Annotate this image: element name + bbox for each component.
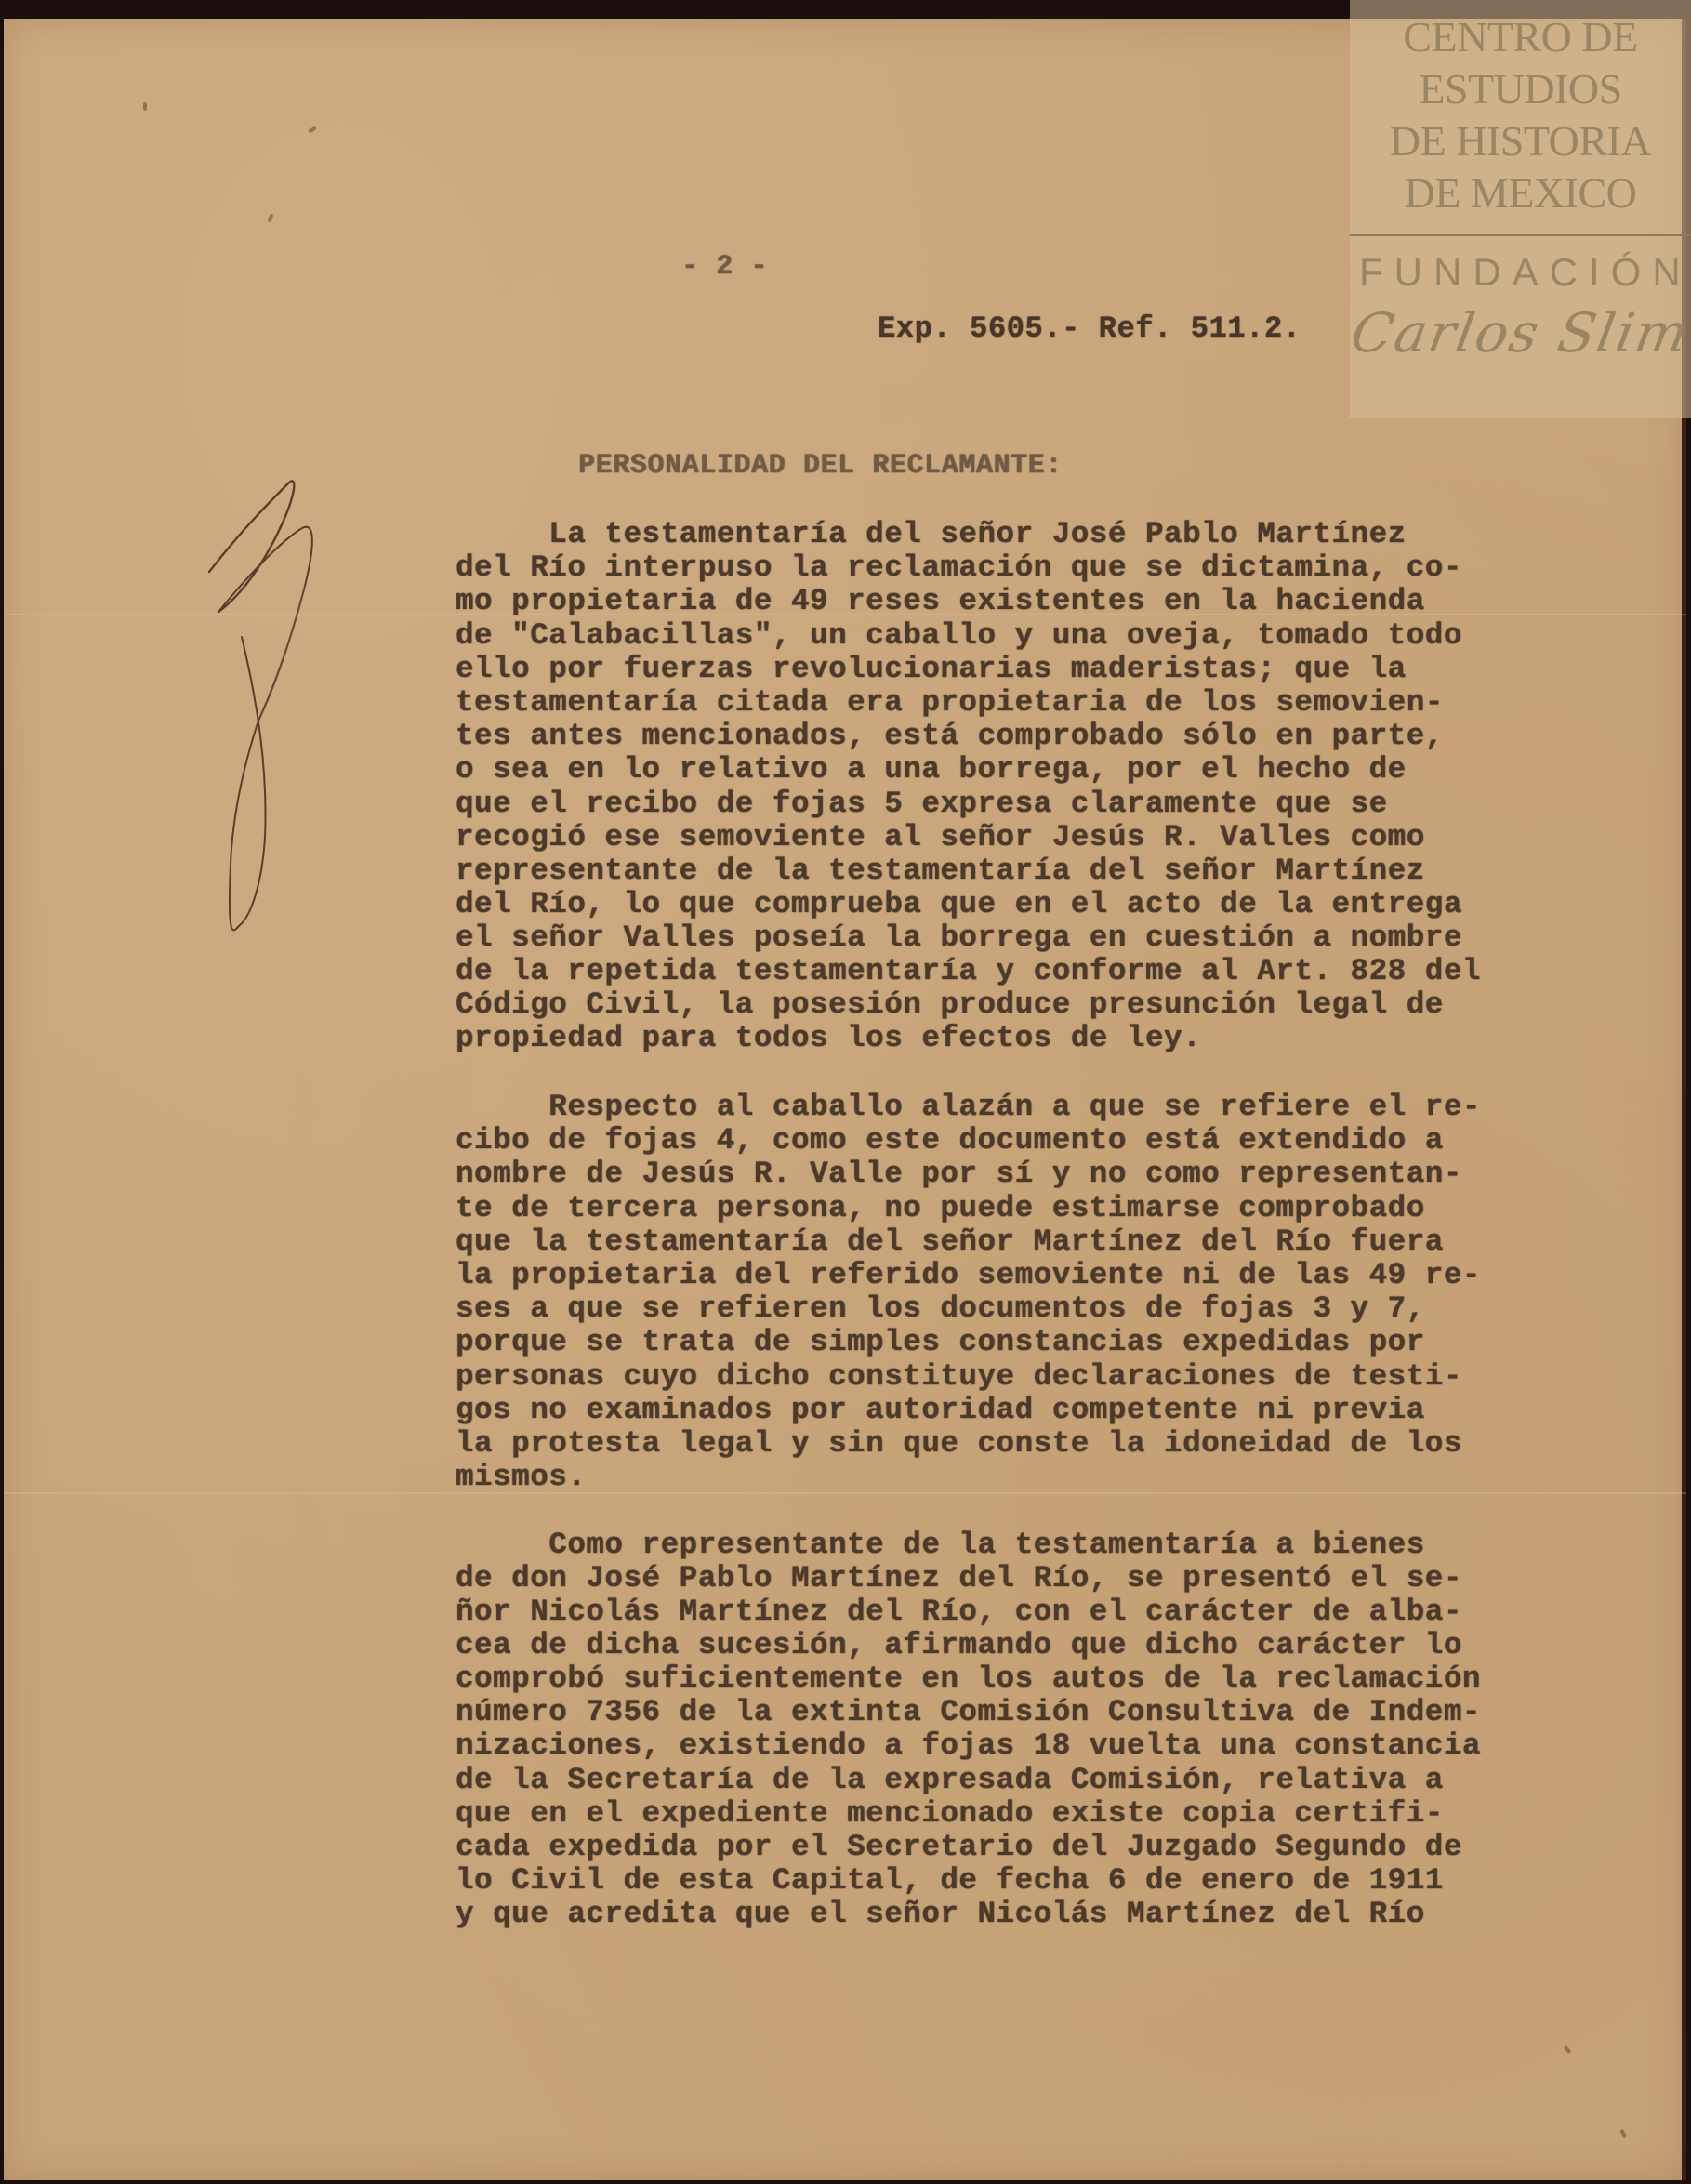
text-line: del Río interpuso la reclamación que se … xyxy=(456,550,1462,585)
paper-speck xyxy=(268,214,274,223)
paper-speck xyxy=(1619,2129,1627,2138)
text-line: comprobó suficientemente en los autos de… xyxy=(456,1661,1481,1696)
text-line: nombre de Jesús R. Valle por sí y no com… xyxy=(456,1157,1462,1191)
text-line: el señor Valles poseía la borrega en cue… xyxy=(456,920,1462,955)
paper-speck xyxy=(143,102,147,111)
text-line: representante de la testamentaría del se… xyxy=(456,854,1425,888)
handwritten-signature-icon xyxy=(186,465,353,1302)
text-line: tes antes mencionados, está comprobado s… xyxy=(456,719,1444,753)
text-line: de la repetida testamentaría y conforme … xyxy=(456,954,1481,988)
text-line: cibo de fojas 4, como este documento est… xyxy=(456,1123,1444,1158)
watermark-divider xyxy=(1350,234,1691,236)
text-line: de la Secretaría de la expresada Comisió… xyxy=(456,1763,1444,1797)
file-reference: Exp. 5605.- Ref. 511.2. xyxy=(878,311,1301,346)
section-title: PERSONALIDAD DEL RECLAMANTE: xyxy=(578,450,1063,482)
text-line: que el recibo de fojas 5 expresa clarame… xyxy=(456,787,1388,821)
text-line: o sea en lo relativo a una borrega, por … xyxy=(456,752,1407,787)
watermark-line: CENTRO DE xyxy=(1350,11,1691,63)
watermark-line: DE MEXICO xyxy=(1350,167,1691,219)
text-line: ello por fuerzas revolucionarias maderis… xyxy=(456,652,1407,686)
paper-speck xyxy=(308,126,317,134)
text-line: testamentaría citada era propietaria de … xyxy=(456,685,1444,720)
text-line: nizaciones, existiendo a fojas 18 vuelta… xyxy=(456,1728,1481,1763)
text-line: Como representante de la testamentaría a… xyxy=(456,1528,1425,1562)
text-line: la propietaria del referido semoviente n… xyxy=(456,1258,1481,1292)
page-number: - 2 - xyxy=(681,251,768,283)
watermark-signature: Carlos Slim xyxy=(1343,296,1691,370)
text-line: de "Calabacillas", un caballo y una ovej… xyxy=(456,618,1462,653)
text-line: mo propietaria de 49 reses existentes en… xyxy=(456,584,1425,618)
text-line: Código Civil, la posesión produce presun… xyxy=(456,987,1444,1022)
paper-speck xyxy=(1564,2045,1572,2054)
paper-fold xyxy=(4,1492,1686,1494)
text-line: del Río, lo que comprueba que en el acto… xyxy=(456,887,1462,921)
text-line: mismos. xyxy=(456,1460,586,1494)
archive-watermark: CENTRO DE ESTUDIOS DE HISTORIA DE MEXICO… xyxy=(1350,0,1691,418)
text-line: lo Civil de esta Capital, de fecha 6 de … xyxy=(456,1863,1444,1898)
text-line: La testamentaría del señor José Pablo Ma… xyxy=(456,517,1407,551)
text-line: te de tercera persona, no puede estimars… xyxy=(456,1191,1425,1225)
text-line: gos no examinados por autoridad competen… xyxy=(456,1393,1425,1427)
text-line: de don José Pablo Martínez del Río, se p… xyxy=(456,1561,1462,1595)
text-line: cada expedida por el Secretario del Juzg… xyxy=(456,1830,1462,1864)
text-line: Respecto al caballo alazán a que se refi… xyxy=(456,1090,1481,1124)
text-line: cea de dicha sucesión, afirmando que dic… xyxy=(456,1628,1462,1662)
watermark-foundation: FUNDACIÓN xyxy=(1350,249,1691,296)
watermark-line: DE HISTORIA xyxy=(1350,115,1691,167)
text-line: recogió ese semoviente al señor Jesús R.… xyxy=(456,820,1425,854)
text-line: que la testamentaría del señor Martínez … xyxy=(456,1224,1444,1259)
text-line: número 7356 de la extinta Comisión Consu… xyxy=(456,1695,1481,1729)
text-line: porque se trata de simples constancias e… xyxy=(456,1325,1425,1359)
text-line: y que acredita que el señor Nicolás Mart… xyxy=(456,1897,1425,1931)
text-line: ñor Nicolás Martínez del Río, con el car… xyxy=(456,1595,1462,1629)
text-line: personas cuyo dicho constituye declaraci… xyxy=(456,1359,1462,1394)
text-line: propiedad para todos los efectos de ley. xyxy=(456,1021,1201,1055)
text-line: ses a que se refieren los documentos de … xyxy=(456,1291,1425,1326)
text-line: la protesta legal y sin que conste la id… xyxy=(456,1426,1462,1461)
watermark-line: ESTUDIOS xyxy=(1350,63,1691,115)
text-line: que en el expediente mencionado existe c… xyxy=(456,1796,1444,1831)
